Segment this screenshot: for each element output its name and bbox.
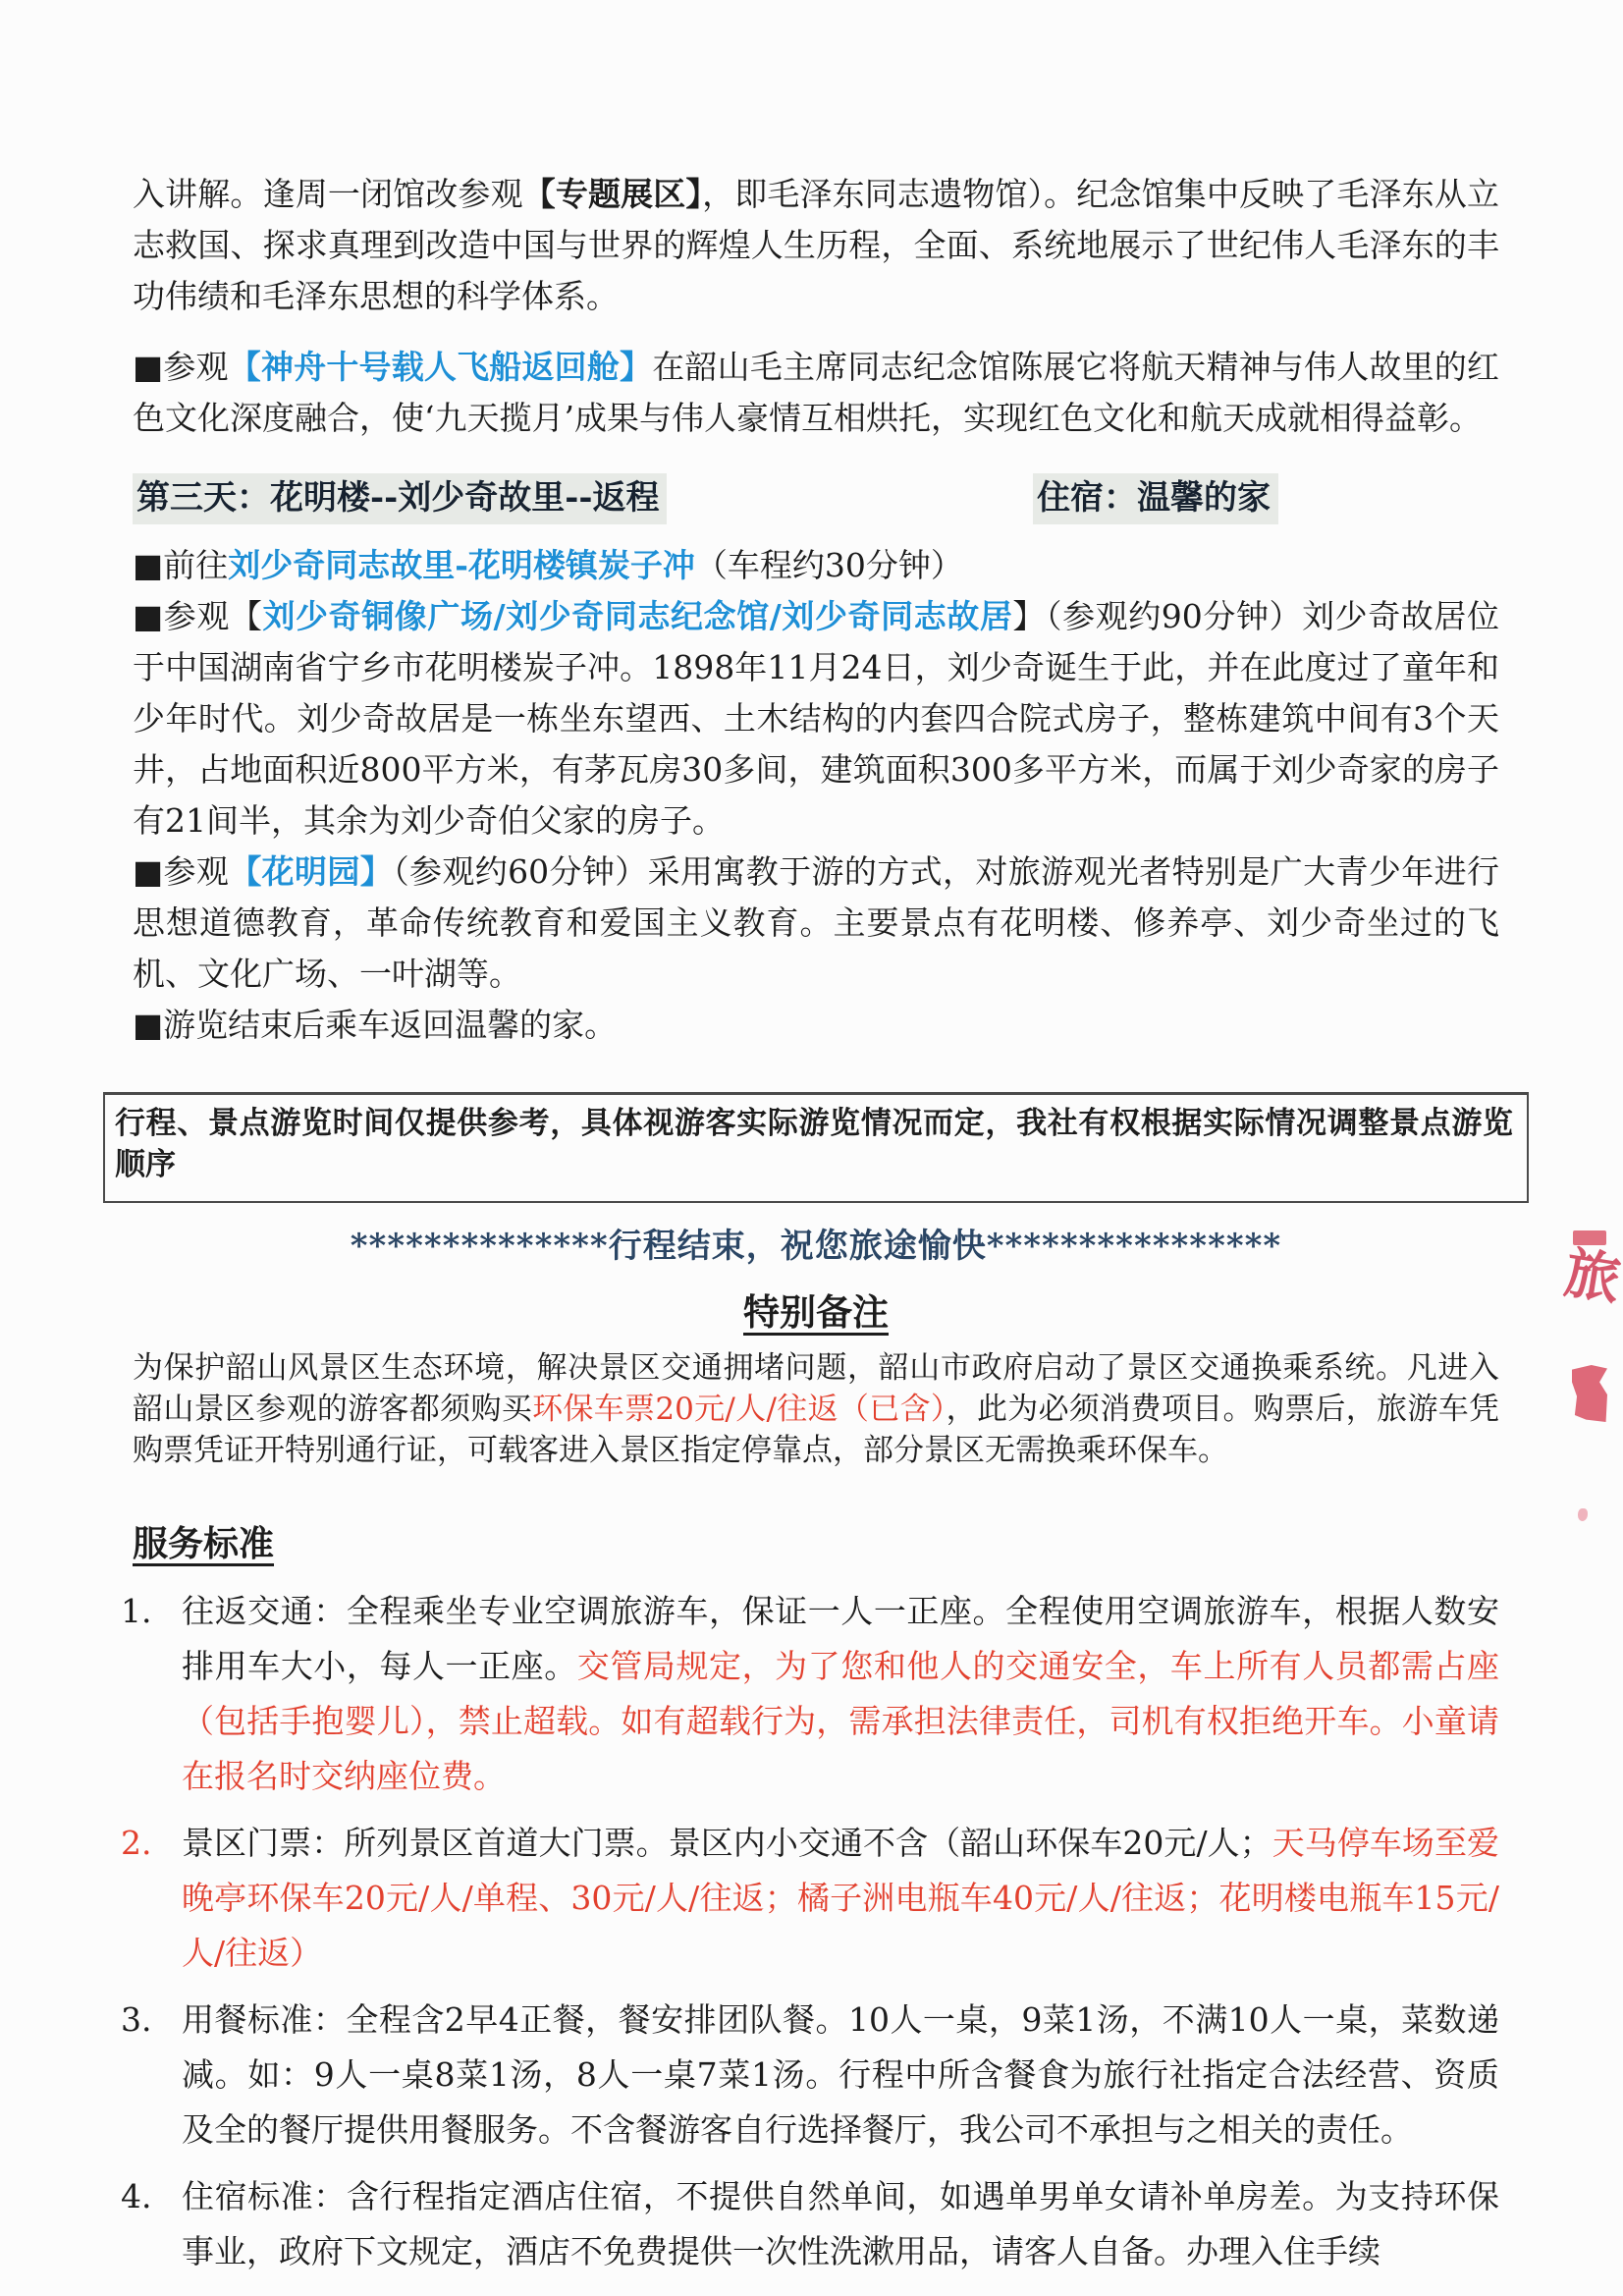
day3-title: 第三天：花明楼--刘少奇故里--返程	[133, 473, 667, 524]
item-number: 4.	[117, 2169, 182, 2279]
service-item-meals: 3. 用餐标准：全程含2早4正餐，餐安排团队餐。10人一桌，9菜1汤，不满10人…	[117, 1993, 1499, 2158]
notice-box: 行程、景点游览时间仅提供参考，具体视游客实际游览情况而定，我社有权根据实际情况调…	[103, 1092, 1529, 1203]
visit-marker: ■参观	[133, 348, 229, 386]
shenzhou-paragraph: ■参观【神舟十号载人飞船返回舱】在韶山毛主席同志纪念馆陈展它将航天精神与伟人故里…	[133, 342, 1499, 444]
service-item-tickets: 2. 景区门票：所列景区首道大门票。景区内小交通不含（韶山环保车20元/人；天马…	[117, 1816, 1499, 1981]
day3-header-row: 第三天：花明楼--刘少奇故里--返程 住宿：温馨的家	[133, 473, 1499, 524]
meals-text: 用餐标准：全程含2早4正餐，餐安排团队餐。10人一桌，9菜1汤，不满10人一桌，…	[182, 2000, 1499, 2149]
tour-end-paragraph: ■游览结束后乘车返回温馨的家。	[133, 1000, 1499, 1051]
document-page: 入讲解。逢周一闭馆改参观【专题展区】，即毛泽东同志遗物馆）。纪念馆集中反映了毛泽…	[0, 0, 1623, 2296]
attraction-link-liushaoqi-hometown: 刘少奇同志故里-花明楼镇炭子冲	[228, 546, 695, 584]
intro-text-1: 入讲解。逢周一闭馆改参观	[133, 175, 523, 213]
document-content: 入讲解。逢周一闭馆改参观【专题展区】，即毛泽东同志遗物馆）。纪念馆集中反映了毛泽…	[133, 169, 1499, 2279]
attraction-link-shenzhou: 【神舟十号载人飞船返回舱】	[229, 348, 652, 386]
red-stamp-fragment	[1572, 1365, 1607, 1422]
intro-paragraph: 入讲解。逢周一闭馆改参观【专题展区】，即毛泽东同志遗物馆）。纪念馆集中反映了毛泽…	[133, 169, 1499, 322]
special-remarks-paragraph: 为保护韶山风景区生态环境，解决景区交通拥堵问题，韶山市政府启动了景区交通换乘系统…	[133, 1347, 1499, 1471]
item-number: 2.	[117, 1816, 182, 1981]
red-stamp-fragment: 旅	[1561, 1245, 1623, 1308]
service-standards-title: 服务标准	[133, 1516, 1499, 1566]
special-remarks-title: 特别备注	[133, 1283, 1499, 1336]
day3-lodging: 住宿：温馨的家	[1033, 473, 1278, 524]
service-standards-list: 1. 往返交通：全程乘坐专业空调旅游车，保证一人一正座。全程使用空调旅游车，根据…	[133, 1584, 1499, 2279]
tickets-text: 景区门票：所列景区首道大门票。景区内小交通不含（韶山环保车20元/人；	[182, 1824, 1272, 1862]
visit-marker: ■参观【	[133, 597, 262, 635]
depart-duration: （车程约30分钟）	[695, 546, 963, 584]
service-item-lodging: 4. 住宿标准：含行程指定酒店住宿，不提供自然单间，如遇单男单女请补单房差。为支…	[117, 2169, 1499, 2279]
special-exhibit-label: 【专题展区】	[523, 175, 702, 213]
depart-paragraph: ■前往刘少奇同志故里-花明楼镇炭子冲（车程约30分钟）	[133, 540, 1499, 591]
service-item-transport: 1. 往返交通：全程乘坐专业空调旅游车，保证一人一正座。全程使用空调旅游车，根据…	[117, 1584, 1499, 1804]
depart-marker: ■前往	[133, 546, 228, 584]
item-number: 3.	[117, 1993, 182, 2158]
item-number: 1.	[117, 1584, 182, 1804]
attraction-link-huamingyuan: 【花明园】	[229, 852, 393, 891]
huamingyuan-paragraph: ■参观【花明园】（参观约60分钟）采用寓教于游的方式，对旅游观光者特别是广大青少…	[133, 847, 1499, 1000]
lodging-text: 住宿标准：含行程指定酒店住宿，不提供自然单间，如遇单男单女请补单房差。为支持环保…	[182, 2177, 1499, 2270]
red-stamp-fragment	[1578, 1508, 1588, 1521]
attraction-link-liushaoqi-sites: 刘少奇铜像广场/刘少奇同志纪念馆/刘少奇同志故居	[262, 597, 1012, 635]
visit-marker: ■参观	[133, 852, 229, 891]
liushaoqi-paragraph: ■参观【刘少奇铜像广场/刘少奇同志纪念馆/刘少奇同志故居】（参观约90分钟）刘少…	[133, 591, 1499, 847]
trip-end-line: **************行程结束，祝您旅途愉快***************…	[133, 1219, 1499, 1267]
eco-bus-fee-text: 环保车票20元/人/往返（已含）	[532, 1392, 947, 1427]
